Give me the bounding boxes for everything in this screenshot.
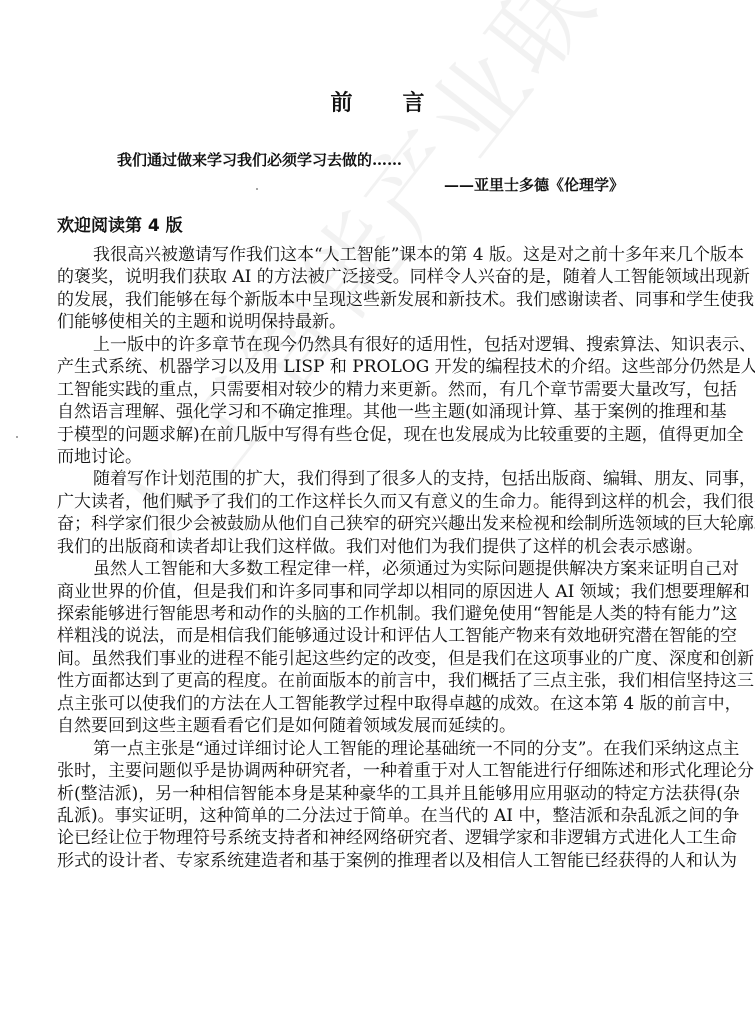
text-line: 我很高兴被邀请写作我们这本“人工智能”课本的第 4 版。这是对之前十多年来几个版…	[57, 244, 691, 266]
scan-speck	[256, 188, 258, 190]
text-line: 论已经让位于物理符号系统支持者和神经网络研究者、逻辑学家和非逻辑方式进化人工生命	[57, 827, 691, 849]
text-line: 探索能够进行智能思考和动作的头脑的工作机制。我们避免使用“智能是人类的特有能力”…	[57, 603, 691, 625]
text-line: 性方面都达到了更高的程度。在前面版本的前言中，我们概括了三点主张，我们相信坚持这…	[57, 670, 691, 692]
text-line: 第一点主张是“通过详细讨论人工智能的理论基础统一不同的分支”。在我们采纳这点主	[57, 738, 691, 760]
text-line: 广大读者，他们赋予了我们的工作这样长久而又有意义的生命力。能得到这样的机会，我们…	[57, 491, 691, 513]
text-line: 随着写作计划范围的扩大，我们得到了很多人的支持，包括出版商、编辑、朋友、同事，尤…	[57, 468, 691, 490]
text-line: 的褒奖，说明我们获取 AI 的方法被广泛接受。同样令人兴奋的是，随着人工智能领域…	[57, 266, 691, 288]
text-line: 自然要回到这些主题看看它们是如何随着领域发展而延续的。	[57, 715, 691, 737]
text-line: 于模型的问题求解)在前几版中写得有些仓促，现在也发展成为比较重要的主题，值得更加…	[57, 424, 691, 446]
document-page: 人工智能产业联盟 前言 我们通过做来学习我们必须学习去做的…… ——亚里士多德《…	[0, 0, 755, 1015]
text-line: 析(整洁派)，另一种相信智能本身是某种豪华的工具并且能够用应用驱动的特定方法获得…	[57, 783, 691, 805]
text-line: 虽然人工智能和大多数工程定律一样，必须通过为实际问题提供解决方案来证明自己对	[57, 558, 691, 580]
text-line: 样粗浅的说法，而是相信我们能够通过设计和评估人工智能产物来有效地研究潜在智能的空	[57, 625, 691, 647]
text-line: 而地讨论。	[57, 446, 691, 468]
text-line: 奋；科学家们很少会被鼓励从他们自己狭窄的研究兴趣出发来检视和绘制所选领域的巨大轮…	[57, 513, 691, 535]
text-line: 的发展，我们能够在每个新版本中呈现这些新发展和新技术。我们感谢读者、同事和学生使…	[57, 289, 691, 311]
epigraph-attribution: ——亚里士多德《伦理学》	[444, 174, 624, 195]
text-line: 工智能实践的重点，只需要相对较少的精力来更新。然而，有几个章节需要大量改写，包括	[57, 379, 691, 401]
epigraph: 我们通过做来学习我们必须学习去做的……	[117, 149, 402, 170]
text-line: 我们的出版商和读者却让我们这样做。我们对他们为我们提供了这样的机会表示感谢。	[57, 536, 691, 558]
text-line: 间。虽然我们事业的进程不能引起这些约定的改变，但是我们在这项事业的广度、深度和创…	[57, 648, 691, 670]
text-line: 产生式系统、机器学习以及用 LISP 和 PROLOG 开发的编程技术的介绍。这…	[57, 356, 691, 378]
text-line: 们能够使相关的主题和说明保持最新。	[57, 311, 691, 333]
text-line: 上一版中的许多章节在现今仍然具有很好的适用性，包括对逻辑、搜索算法、知识表示、	[57, 334, 691, 356]
section-heading: 欢迎阅读第 4 版	[57, 211, 183, 236]
text-line: 自然语言理解、强化学习和不确定推理。其他一些主题(如涌现计算、基于案例的推理和基	[57, 401, 691, 423]
page-title: 前言	[0, 86, 755, 117]
text-line: 乱派)。事实证明，这种简单的二分法过于简单。在当代的 AI 中，整洁派和杂乱派之…	[57, 805, 691, 827]
text-line: 点主张可以使我们的方法在人工智能教学过程中取得卓越的成效。在这本第 4 版的前言…	[57, 693, 691, 715]
text-line: 商业世界的价值，但是我们和许多同事和同学却以相同的原因进人 AI 领域；我们想要…	[57, 581, 691, 603]
text-line: 形式的设计者、专家系统建造者和基于案例的推理者以及相信人工智能已经获得的人和认为	[57, 850, 691, 872]
body-text: 我很高兴被邀请写作我们这本“人工智能”课本的第 4 版。这是对之前十多年来几个版…	[57, 244, 691, 872]
text-line: 张时，主要问题似乎是协调两种研究者，一种着重于对人工智能进行仔细陈述和形式化理论…	[57, 760, 691, 782]
scan-speck	[16, 436, 18, 438]
